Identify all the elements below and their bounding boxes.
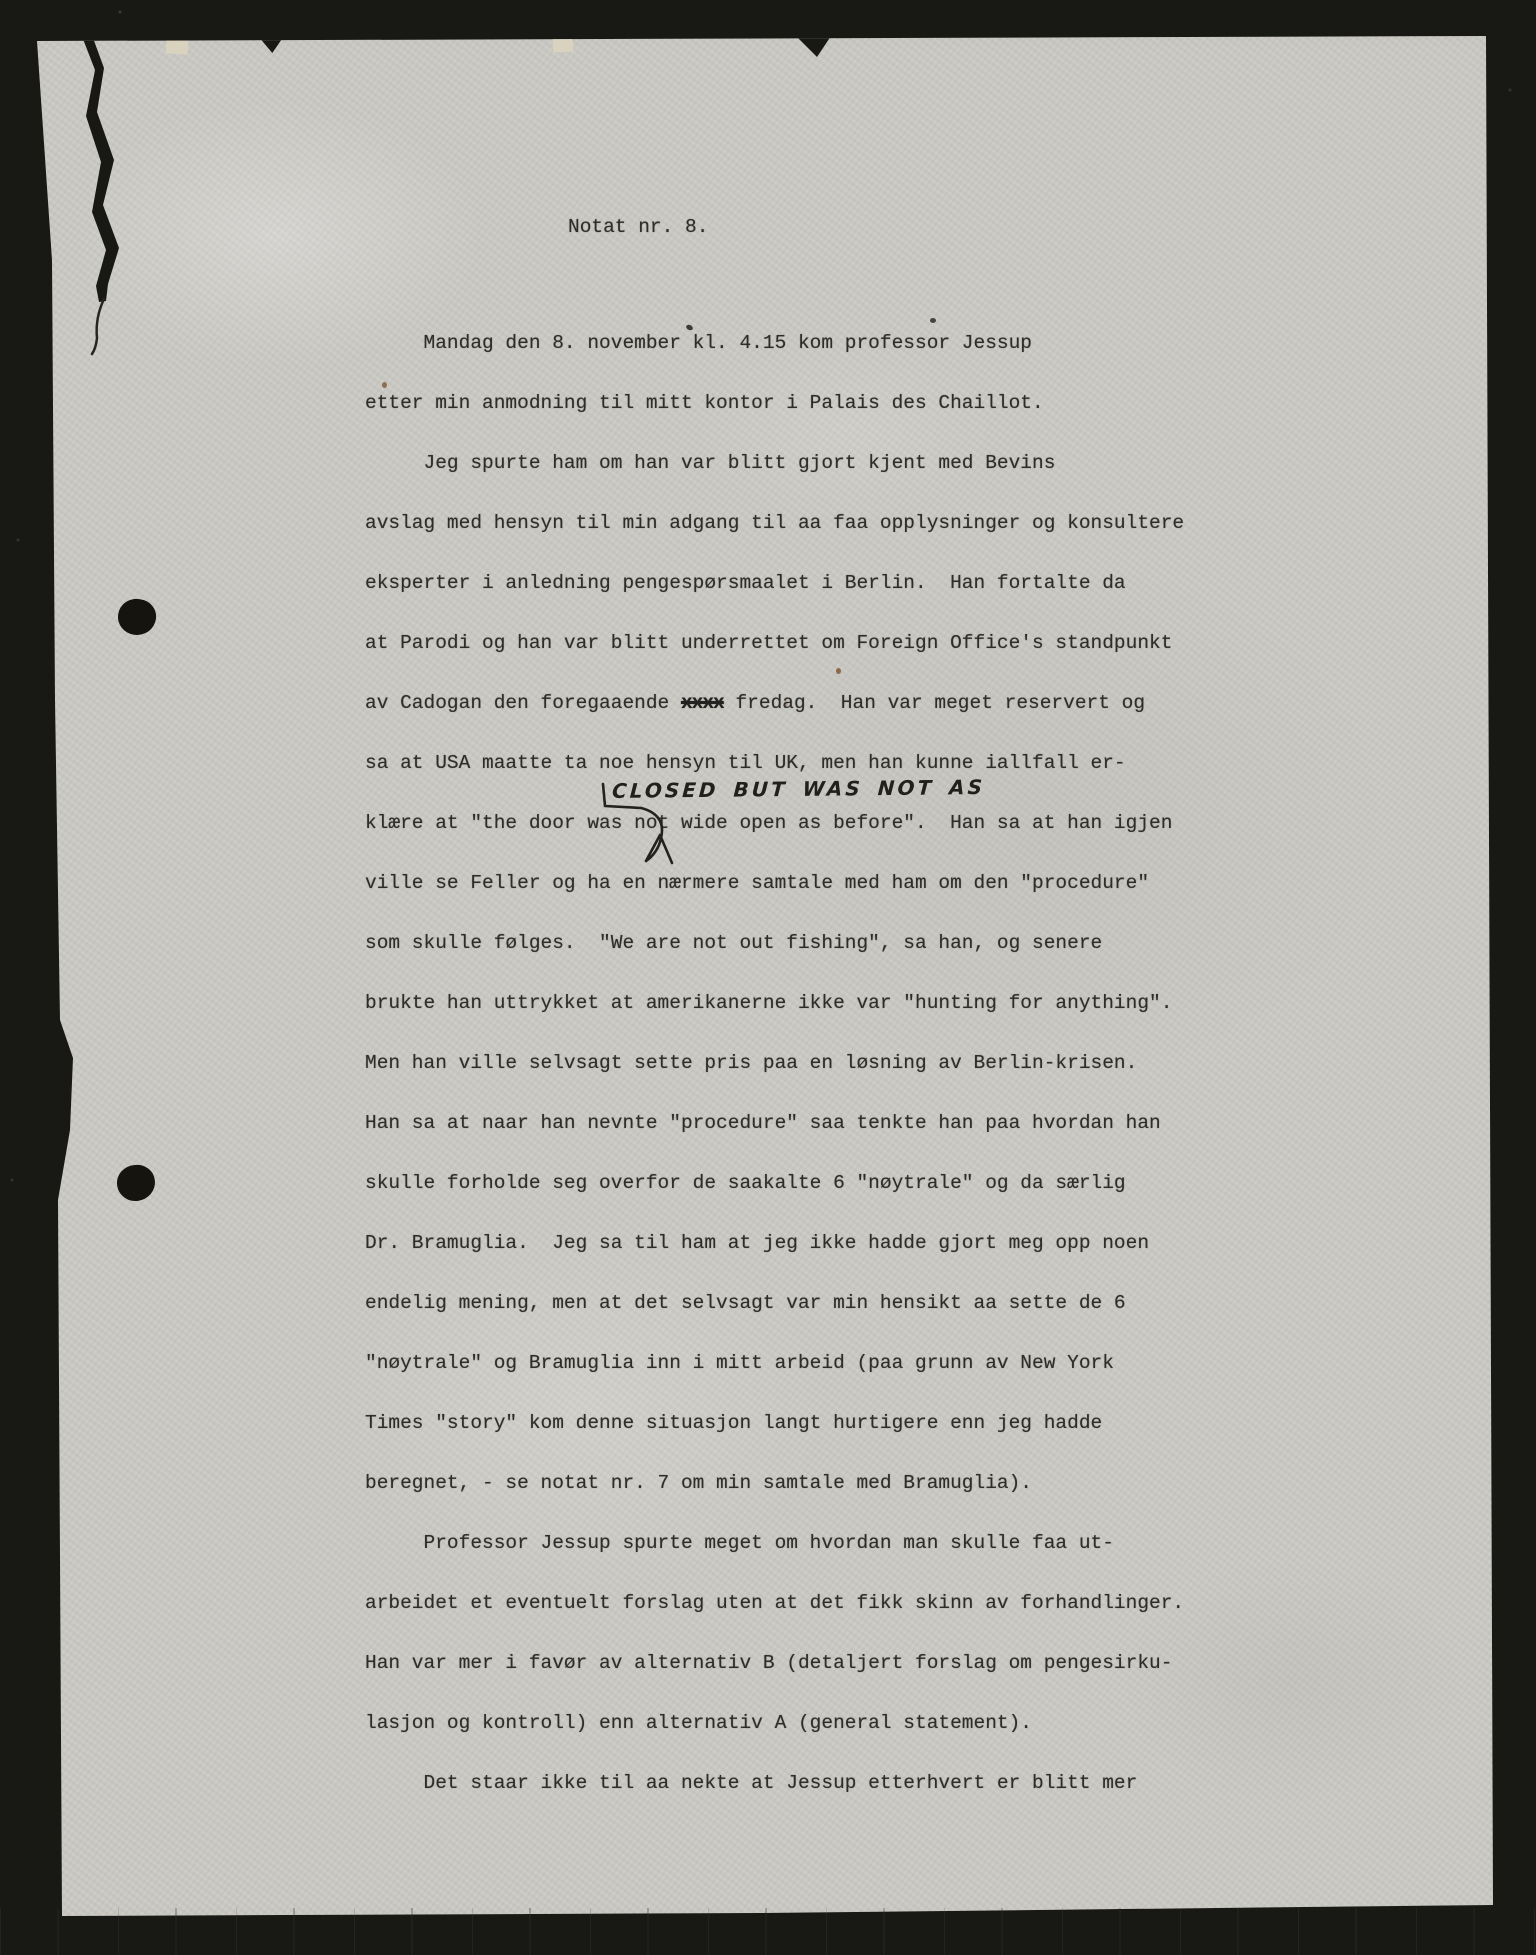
typed-line: Det staar ikke til aa nekte at Jessup et… (365, 1753, 1225, 1813)
punch-hole (115, 1163, 157, 1203)
scan-background: Notat nr. 8. Mandag den 8. november kl. … (0, 0, 1536, 1955)
typed-line: arbeidet et eventuelt forslag uten at de… (365, 1573, 1225, 1633)
edge-notch (258, 36, 284, 53)
document-page: Notat nr. 8. Mandag den 8. november kl. … (0, 0, 1536, 1955)
typed-line: Jeg spurte ham om han var blitt gjort kj… (365, 433, 1225, 493)
punch-hole (116, 597, 159, 638)
edge-notch (793, 33, 833, 57)
page-title: Notat nr. 8. (568, 213, 708, 241)
struck-out-word: xxxx (681, 692, 724, 714)
typed-line: Han var mer i favør av alternativ B (det… (365, 1633, 1225, 1693)
typed-line: eksperter i anledning pengespørsmaalet i… (365, 553, 1225, 613)
typed-line: skulle forholde seg overfor de saakalte … (365, 1153, 1225, 1213)
typed-line: at Parodi og han var blitt underrettet o… (365, 613, 1225, 673)
typed-line: beregnet, - se notat nr. 7 om min samtal… (365, 1453, 1225, 1513)
tape-fragment (553, 37, 574, 52)
typed-line-with-strikethrough: av Cadogan den foregaaende xxxx fredag. … (365, 673, 1225, 733)
typed-line: Professor Jessup spurte meget om hvordan… (365, 1513, 1225, 1573)
typed-line: etter min anmodning til mitt kontor i Pa… (365, 373, 1225, 433)
typed-line: Mandag den 8. november kl. 4.15 kom prof… (365, 313, 1225, 373)
typed-line: Times "story" kom denne situasjon langt … (365, 1393, 1225, 1453)
typed-line: lasjon og kontroll) enn alternativ A (ge… (365, 1693, 1225, 1753)
typed-line: ville se Feller og ha en nærmere samtale… (365, 853, 1225, 913)
typed-line: brukte han uttrykket at amerikanerne ikk… (365, 973, 1225, 1033)
tape-fragment (166, 38, 189, 54)
typed-text: fredag. Han var meget reservert og (724, 692, 1145, 714)
typed-line: Dr. Bramuglia. Jeg sa til ham at jeg ikk… (365, 1213, 1225, 1273)
typed-line: Han sa at naar han nevnte "procedure" sa… (365, 1093, 1225, 1153)
typed-line: avslag med hensyn til min adgang til aa … (365, 493, 1225, 553)
scan-bottom-streaks (0, 1908, 1536, 1955)
handwritten-insertion: CLOSED BUT WAS NOT AS (611, 775, 973, 809)
typed-text: av Cadogan den foregaaende (365, 692, 681, 714)
typed-line: Men han ville selvsagt sette pris paa en… (365, 1033, 1225, 1093)
typed-body: Mandag den 8. november kl. 4.15 kom prof… (365, 313, 1225, 1813)
typed-line: "nøytrale" og Bramuglia inn i mitt arbei… (365, 1333, 1225, 1393)
typed-line: endelig mening, men at det selvsagt var … (365, 1273, 1225, 1333)
typed-line: som skulle følges. "We are not out fishi… (365, 913, 1225, 973)
